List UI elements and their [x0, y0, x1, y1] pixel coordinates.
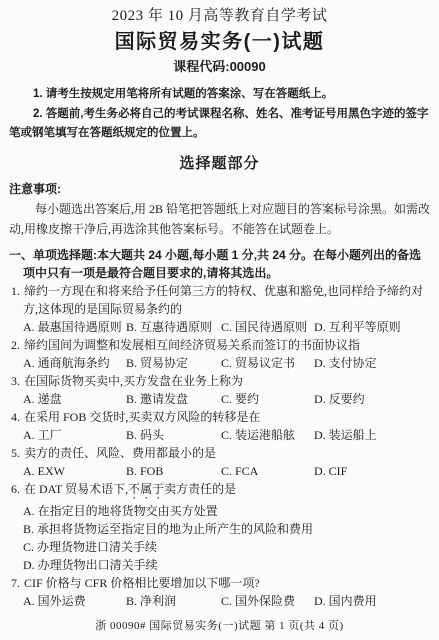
question-3-option-a: A. 递盘	[23, 390, 126, 408]
question-2-option-b: B. 贸易协定	[126, 354, 221, 372]
question-2-option-c: C. 贸易议定书	[221, 354, 314, 372]
notice-item-1: 1. 请考生按规定用笔将所有试题的答案涂、写在答题纸上。	[9, 85, 430, 105]
question-1-text: 缔约一方现在和将来给予任何第三方的特权、优惠和豁免,也同样给予缔约对方,这体现的…	[23, 284, 423, 316]
question-2: 2.缔约国间为调整和发展相互间经济贸易关系而签订的书面协议指 A. 通商航海条约…	[9, 336, 430, 372]
question-2-text: 缔约国间为调整和发展相互间经济贸易关系而签订的书面协议指	[24, 338, 360, 352]
question-4-option-a: A. 工厂	[23, 426, 126, 444]
question-4-option-c: C. 装运港船舷	[221, 426, 314, 444]
exam-paper-page: 2023 年 10 月高等教育自学考试 国际贸易实务(一)试题 课程代码:000…	[0, 0, 439, 640]
course-code: 课程代码:00090	[9, 58, 430, 76]
question-6: 6.在 DAT 贸易术语下,不属于卖方责任的是 A. 在指定目的地将货物交由买方…	[9, 480, 430, 574]
question-6-text-pre: 在 DAT 贸易术语下,	[24, 482, 128, 496]
paper-header: 2023 年 10 月高等教育自学考试 国际贸易实务(一)试题 课程代码:000…	[9, 5, 430, 76]
section-title: 选择题部分	[9, 153, 430, 174]
question-7: 7.CIF 价格与 CFR 价格相比要增加以下哪一项? A. 国外运费 B. 净…	[9, 574, 430, 610]
question-6-option-b: B. 承担将货物运至指定目的地为止所产生的风险和费用	[23, 520, 430, 538]
question-1-number: 1.	[11, 284, 20, 298]
question-2-option-d: D. 支付协定	[314, 354, 430, 372]
question-1-stem: 1.缔约一方现在和将来给予任何第三方的特权、优惠和豁免,也同样给予缔约对方,这体…	[9, 282, 430, 318]
question-6-option-c: C. 办理货物进口清关手续	[23, 538, 430, 556]
question-4-option-b: B. 码头	[126, 426, 221, 444]
question-4-stem: 4.在采用 FOB 交货时,买卖双方风险的转移是在	[9, 408, 430, 426]
attention-body: 每小题选出答案后,用 2B 铅笔把答题纸上对应题目的答案标号涂黑。如需改动,用橡…	[9, 199, 430, 240]
question-4-number: 4.	[11, 410, 20, 424]
question-4-options: A. 工厂 B. 码头 C. 装运港船舷 D. 装运船上	[9, 426, 430, 444]
question-7-stem: 7.CIF 价格与 CFR 价格相比要增加以下哪一项?	[9, 574, 430, 592]
question-3-option-d: D. 反要约	[314, 390, 430, 408]
question-6-option-a: A. 在指定目的地将货物交由买方处置	[23, 502, 430, 520]
question-5-option-d: D. CIF	[314, 462, 430, 480]
question-3-text: 在国际货物买卖中,买方发盘在业务上称为	[24, 374, 243, 388]
question-6-text-emphasis: 不属于	[128, 482, 164, 496]
question-7-text: CIF 价格与 CFR 价格相比要增加以下哪一项?	[24, 576, 260, 590]
candidate-notices: 1. 请考生按规定用笔将所有试题的答案涂、写在答题纸上。 2. 答题前,考生务必…	[9, 85, 430, 144]
question-6-number: 6.	[11, 482, 20, 496]
question-7-number: 7.	[11, 576, 20, 590]
question-3: 3.在国际货物买卖中,买方发盘在业务上称为 A. 递盘 B. 邀请发盘 C. 要…	[9, 372, 430, 408]
question-4-text: 在采用 FOB 交货时,买卖双方风险的转移是在	[24, 410, 260, 424]
question-4: 4.在采用 FOB 交货时,买卖双方风险的转移是在 A. 工厂 B. 码头 C.…	[9, 408, 430, 444]
question-6-options: A. 在指定目的地将货物交由买方处置 B. 承担将货物运至指定目的地为止所产生的…	[9, 502, 430, 574]
question-7-option-a: A. 国外运费	[23, 592, 126, 610]
question-6-stem: 6.在 DAT 贸易术语下,不属于卖方责任的是	[9, 480, 430, 502]
question-3-stem: 3.在国际货物买卖中,买方发盘在业务上称为	[9, 372, 430, 390]
part-one-heading: 一、单项选择题:本大题共 24 小题,每小题 1 分,共 24 分。在每小题列出…	[9, 246, 430, 282]
question-3-options: A. 递盘 B. 邀请发盘 C. 要约 D. 反要约	[9, 390, 430, 408]
attention-heading: 注意事项:	[9, 180, 430, 199]
notice-item-2: 2. 答题前,考生务必将自己的考试课程名称、姓名、准考证号用黑色字迹的签字笔或钢…	[9, 105, 430, 144]
question-5-stem: 5.卖方的责任、风险、费用都最小的是	[9, 444, 430, 462]
question-1-option-b: B. 互惠待遇原则	[126, 318, 221, 336]
question-5-text: 卖方的责任、风险、费用都最小的是	[24, 446, 216, 460]
question-1-option-a: A. 最惠国待遇原则	[23, 318, 126, 336]
question-6-option-d: D. 办理货物出口清关手续	[23, 556, 430, 574]
page-footer: 浙 00090# 国际贸易实务(一)试题 第 1 页(共 4 页)	[9, 618, 430, 636]
question-5-options: A. EXW B. FOB C. FCA D. CIF	[9, 462, 430, 480]
question-1-options: A. 最惠国待遇原则 B. 互惠待遇原则 C. 国民待遇原则 D. 互利平等原则	[9, 318, 430, 336]
question-7-option-c: C. 国外保险费	[221, 592, 314, 610]
question-3-option-b: B. 邀请发盘	[126, 390, 221, 408]
question-3-number: 3.	[11, 374, 20, 388]
question-7-option-b: B. 净利润	[126, 592, 221, 610]
paper-title: 国际贸易实务(一)试题	[9, 29, 430, 56]
question-1-option-c: C. 国民待遇原则	[221, 318, 314, 336]
attention-block: 注意事项: 每小题选出答案后,用 2B 铅笔把答题纸上对应题目的答案标号涂黑。如…	[9, 180, 430, 240]
question-2-number: 2.	[11, 338, 20, 352]
question-5: 5.卖方的责任、风险、费用都最小的是 A. EXW B. FOB C. FCA …	[9, 444, 430, 480]
exam-session-title: 2023 年 10 月高等教育自学考试	[9, 5, 430, 28]
question-1: 1.缔约一方现在和将来给予任何第三方的特权、优惠和豁免,也同样给予缔约对方,这体…	[9, 282, 430, 336]
question-7-option-d: D. 国内费用	[314, 592, 430, 610]
question-3-option-c: C. 要约	[221, 390, 314, 408]
question-4-option-d: D. 装运船上	[314, 426, 430, 444]
question-7-options: A. 国外运费 B. 净利润 C. 国外保险费 D. 国内费用	[9, 592, 430, 610]
question-5-option-a: A. EXW	[23, 462, 126, 480]
question-5-option-b: B. FOB	[126, 462, 221, 480]
question-2-option-a: A. 通商航海条约	[23, 354, 126, 372]
question-5-option-c: C. FCA	[221, 462, 314, 480]
question-2-options: A. 通商航海条约 B. 贸易协定 C. 贸易议定书 D. 支付协定	[9, 354, 430, 372]
question-1-option-d: D. 互利平等原则	[314, 318, 430, 336]
question-2-stem: 2.缔约国间为调整和发展相互间经济贸易关系而签订的书面协议指	[9, 336, 430, 354]
question-5-number: 5.	[11, 446, 20, 460]
question-6-text-post: 卖方责任的是	[164, 482, 236, 496]
